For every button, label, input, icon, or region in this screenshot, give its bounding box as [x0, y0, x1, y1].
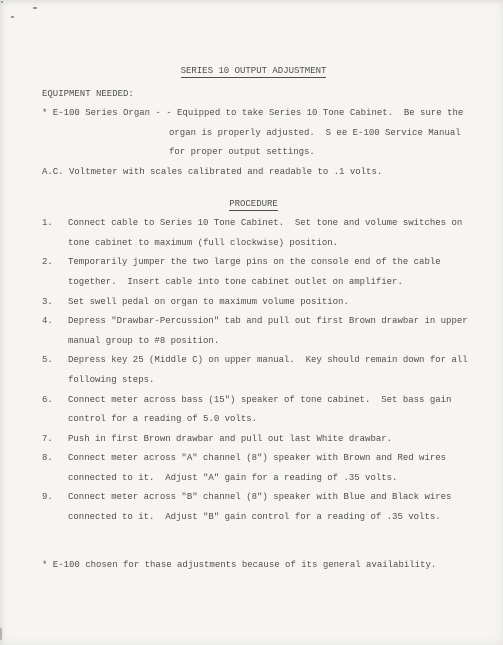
step-text: Connect meter across bass (15") speaker … [68, 395, 451, 405]
step-text: connected to it. Adjust "B" gain control… [68, 512, 441, 522]
voltmeter-line: A.C. Voltmeter with scales calibrated an… [42, 163, 465, 183]
equipment-line: for proper output settings. [42, 143, 465, 163]
step-text: control for a reading of 5.0 volts. [68, 414, 257, 424]
step-line: following steps. [42, 371, 465, 391]
step-line: together. Insert cable into tone cabinet… [42, 273, 465, 293]
step-number: 1. [42, 214, 53, 234]
step-line: 3.Set swell pedal on organ to maximum vo… [42, 293, 465, 313]
step-number: 7. [42, 430, 53, 450]
step-line: control for a reading of 5.0 volts. [42, 410, 465, 430]
step-line: 6.Connect meter across bass (15") speake… [42, 391, 465, 411]
step-line: 9.Connect meter across "B" channel (8") … [42, 488, 465, 508]
step-text: tone cabinet to maximum (full clockwise)… [68, 238, 338, 248]
step-number: 4. [42, 312, 53, 332]
step-line: connected to it. Adjust "B" gain control… [42, 508, 465, 528]
step-text: Depress "Drawbar-Percussion" tab and pul… [68, 316, 468, 326]
step-line: 5.Depress key 25 (Middle C) on upper man… [42, 351, 465, 371]
scan-speck [11, 16, 14, 18]
document-body: SERIES 10 OUTPUT ADJUSTMENT EQUIPMENT NE… [0, 0, 503, 575]
step-line: tone cabinet to maximum (full clockwise)… [42, 234, 465, 254]
equipment-line: * E-100 Series Organ - - Equipped to tak… [42, 104, 465, 124]
step-text: connected to it. Adjust "A" gain for a r… [68, 473, 397, 483]
procedure-heading: PROCEDURE [229, 199, 278, 211]
step-text: Push in first Brown drawbar and pull out… [68, 434, 392, 444]
step-number: 2. [42, 253, 53, 273]
scan-speck [0, 628, 2, 640]
equipment-heading: EQUIPMENT NEEDED: [42, 85, 465, 105]
scan-speck [33, 7, 37, 9]
step-line: 7.Push in first Brown drawbar and pull o… [42, 430, 465, 450]
equipment-line: organ is properly adjusted. S ee E-100 S… [42, 124, 465, 144]
footnote: * E-100 chosen for thase adjustments bec… [42, 556, 465, 576]
step-line: 8.Connect meter across "A" channel (8") … [42, 449, 465, 469]
step-line: connected to it. Adjust "A" gain for a r… [42, 469, 465, 489]
step-number: 3. [42, 293, 53, 313]
step-text: Depress key 25 (Middle C) on upper manua… [68, 355, 468, 365]
step-text: together. Insert cable into tone cabinet… [68, 277, 403, 287]
step-number: 5. [42, 351, 53, 371]
procedure-heading-line: PROCEDURE [42, 195, 465, 215]
step-text: Temporarily jumper the two large pins on… [68, 257, 441, 267]
step-number: 8. [42, 449, 53, 469]
step-line: 2.Temporarily jumper the two large pins … [42, 253, 465, 273]
step-text: manual group to #8 position. [68, 336, 219, 346]
scanned-document-page: SERIES 10 OUTPUT ADJUSTMENT EQUIPMENT NE… [0, 0, 503, 645]
scan-speck [1, 1, 3, 3]
step-number: 9. [42, 488, 53, 508]
step-text: Connect meter across "B" channel (8") sp… [68, 492, 451, 502]
step-text: following steps. [68, 375, 154, 385]
page-title: SERIES 10 OUTPUT ADJUSTMENT [181, 66, 327, 78]
step-line: manual group to #8 position. [42, 332, 465, 352]
step-line: 4.Depress "Drawbar-Percussion" tab and p… [42, 312, 465, 332]
step-number: 6. [42, 391, 53, 411]
step-line: 1.Connect cable to Series 10 Tone Cabine… [42, 214, 465, 234]
step-text: Connect cable to Series 10 Tone Cabinet.… [68, 218, 462, 228]
step-text: Set swell pedal on organ to maximum volu… [68, 297, 349, 307]
title-line: SERIES 10 OUTPUT ADJUSTMENT [42, 62, 465, 82]
step-text: Connect meter across "A" channel (8") sp… [68, 453, 446, 463]
